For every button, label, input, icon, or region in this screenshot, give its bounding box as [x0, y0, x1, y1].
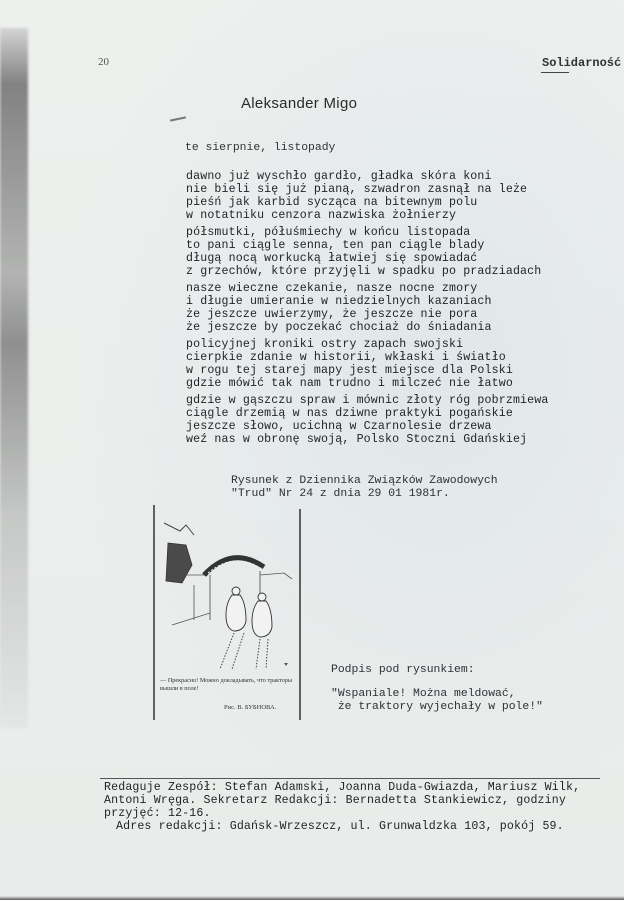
poem-line: że jeszcze by poczekać chociaż do śniada… [186, 321, 548, 334]
masthead-underline [541, 72, 569, 73]
editorial-footer: Redaguje Zespół: Stefan Adamski, Joanna … [104, 781, 580, 833]
poem-line: gdzie mówić tak nam trudno i milczeć nie… [186, 377, 548, 390]
poem-stanza: policyjnej kroniki ostry zapach swojskic… [186, 338, 548, 390]
poem-body: dawno już wyschło gardło, gładka skóra k… [186, 170, 548, 450]
footer-divider [100, 778, 600, 779]
poem-stanza: półsmutki, półuśmiechy w końcu listopada… [186, 226, 548, 278]
poem-line: że jeszcze uwierzymy, że jeszcze nie por… [186, 308, 548, 321]
poem-line: ciągle drzemią w nas dziwne praktyki pog… [186, 407, 548, 420]
poem-line: policyjnej kroniki ostry zapach swojski [186, 338, 548, 351]
poem-line: z grzechów, które przyjęli w spadku po p… [186, 265, 548, 278]
poem-line: nie bieli się już pianą, szwadron zasnął… [186, 183, 548, 196]
poem-line: gdzie w gąszczu spraw i mównic złoty róg… [186, 394, 548, 407]
signature-quote-line-2: że traktory wyjechały w pole!" [331, 701, 543, 713]
poem-stanza: dawno już wyschło gardło, gładka skóra k… [186, 170, 548, 222]
poem-line: cierpkie zdanie w historii, wkłaski i św… [186, 351, 548, 364]
page-number: 20 [98, 56, 109, 68]
publication-name: Solidarność [542, 56, 621, 70]
paper-background [0, 0, 624, 900]
signature-quote: "Wspaniale! Można meldować, że traktory … [331, 688, 543, 713]
cartoon-source: Rysunek z Dziennika Związków Zawodowych … [231, 475, 498, 500]
scan-shadow [0, 28, 28, 728]
poem-line: pieśń jak karbid sycząca na bitewnym pol… [186, 196, 548, 209]
poem-line: półsmutki, półuśmiechy w końcu listopada [186, 226, 548, 239]
cartoon-source-line-2: "Trud" Nr 24 z dnia 29 01 1981r. [231, 488, 450, 500]
signature-label: Podpis pod rysunkiem: [331, 664, 475, 676]
poem-line: w rogu tej starej mapy jest miejsce dla … [186, 364, 548, 377]
footer-line-2: Antoni Wręga. Sekretarz Redakcji: Bernad… [104, 794, 580, 807]
poem-line: nasze wieczne czekanie, nasze nocne zmor… [186, 282, 548, 295]
poem-line: jeszcze słowo, ucichną w Czarnolesie drz… [186, 420, 548, 433]
cartoon-source-line-1: Rysunek z Dziennika Związków Zawodowych [231, 475, 498, 487]
poem-stanza: gdzie w gąszczu spraw i mównic złoty róg… [186, 394, 548, 446]
poem-title: te sierpnie, listopady [185, 142, 335, 154]
poem-line: to pani ciągle senna, ten pan ciągle bla… [186, 239, 548, 252]
cartoon-caption: — Прекрасно! Можно докладывать, что трак… [160, 677, 292, 692]
author-name: Aleksander Migo [241, 95, 357, 112]
poem-line: weź nas w obronę swoją, Polsko Stoczni G… [186, 433, 548, 446]
poem-line: dawno już wyschło gardło, gładka skóra k… [186, 170, 548, 183]
signature-quote-line-1: "Wspaniale! Można meldować, [331, 688, 516, 700]
cartoon-credit: Рис. В. БУБНОВА. [224, 704, 276, 711]
cartoon-illustration: — Прекрасно! Можно докладывать, что трак… [152, 505, 302, 720]
poem-line: w notatniku cenzora nazwiska żołnierzy [186, 209, 548, 222]
footer-address: Adres redakcji: Gdańsk-Wrzeszcz, ul. Gru… [104, 820, 580, 833]
footer-line-3: przyjęć: 12-16. [104, 807, 580, 820]
poem-line: i długie umieranie w niedzielnych kazani… [186, 295, 548, 308]
poem-stanza: nasze wieczne czekanie, nasze nocne zmor… [186, 282, 548, 334]
poem-line: długą nocą workucką łatwiej się spowiada… [186, 252, 548, 265]
footer-line-1: Redaguje Zespół: Stefan Adamski, Joanna … [104, 781, 580, 794]
scan-edge [0, 896, 624, 900]
